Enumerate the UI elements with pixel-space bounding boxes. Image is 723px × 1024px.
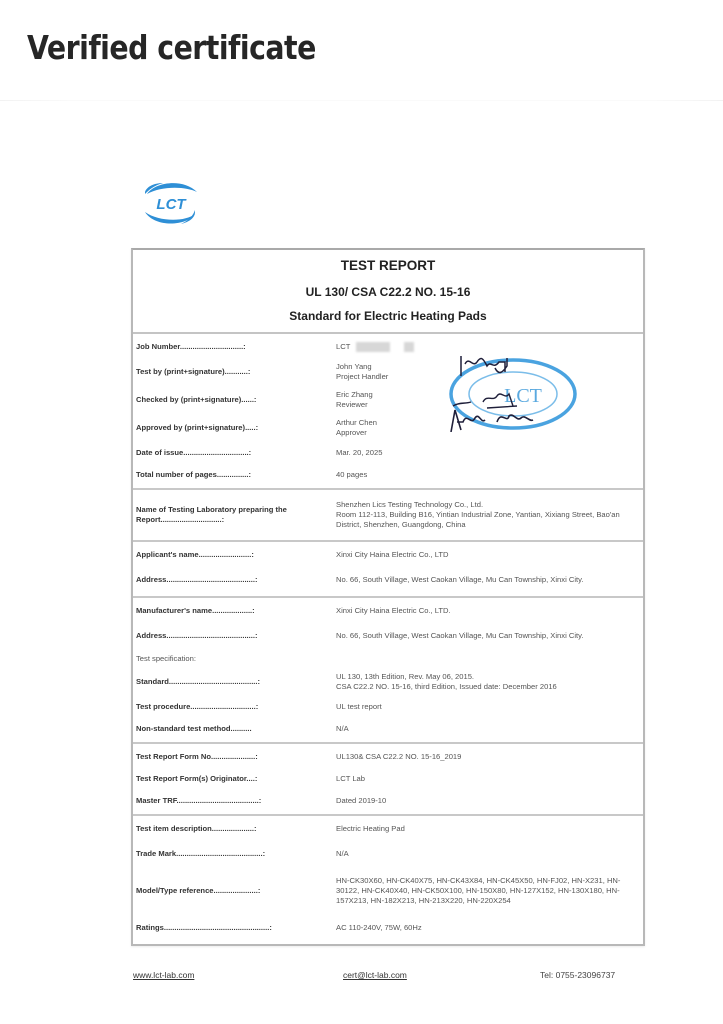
page-title: Verified certificate: [27, 28, 316, 67]
row-label: Address.................................…: [133, 631, 336, 641]
row-value: UL test report: [336, 702, 643, 712]
test-report: TEST REPORT UL 130/ CSA C22.2 NO. 15-16 …: [131, 248, 645, 946]
report-row: Test procedure..........................…: [133, 696, 643, 718]
row-value: No. 66, South Village, West Caokan Villa…: [336, 575, 643, 585]
test-specification-heading: Test specification:: [133, 650, 643, 668]
row-value: Xinxi City Haina Electric Co., LTD.: [336, 606, 643, 616]
row-value: Electric Heating Pad: [336, 824, 643, 834]
report-title: TEST REPORT: [133, 255, 643, 281]
report-row: Master TRF..............................…: [133, 790, 643, 812]
row-label: Approved by (print+signature).....:: [133, 423, 336, 433]
report-section: Job Number..............................…: [133, 334, 643, 490]
report-row: Model/Type reference....................…: [133, 868, 643, 914]
row-value: LCT: [336, 342, 643, 352]
row-label: Date of issue...........................…: [133, 448, 336, 458]
row-label: Total number of pages...............:: [133, 470, 336, 480]
row-value: Arthur Chen Approver: [336, 418, 643, 438]
row-label: Name of Testing Laboratory preparing the…: [133, 505, 336, 525]
row-value: John Yang Project Handler: [336, 362, 643, 382]
report-row: Manufacturer's name...................:X…: [133, 600, 643, 622]
row-value: LCT Lab: [336, 774, 643, 784]
row-value: HN-CK30X60, HN-CK40X75, HN-CK43X84, HN-C…: [336, 876, 643, 906]
redacted-mask: [404, 342, 414, 352]
row-value: Mar. 20, 2025: [336, 448, 643, 458]
row-label: Master TRF..............................…: [133, 796, 336, 806]
svg-text:LCT: LCT: [156, 196, 187, 213]
lct-logo-icon: LCT: [141, 180, 201, 226]
row-label: Applicant's name........................…: [133, 550, 336, 560]
row-label: Test by (print+signature)...........:: [133, 367, 336, 377]
report-standard: UL 130/ CSA C22.2 NO. 15-16: [133, 281, 643, 307]
report-row: Date of issue...........................…: [133, 442, 643, 464]
row-label: Ratings.................................…: [133, 923, 336, 933]
row-label: Test Report Form No.....................…: [133, 752, 336, 762]
report-row: Approved by (print+signature).....:Arthu…: [133, 414, 643, 442]
report-row: Test Report Form No.....................…: [133, 746, 643, 768]
report-subtitle: Standard for Electric Heating Pads: [133, 307, 643, 329]
row-value: No. 66, South Village, West Caokan Villa…: [336, 631, 643, 641]
email-link[interactable]: cert@lct-lab.com: [343, 970, 407, 980]
row-value: N/A: [336, 849, 643, 859]
report-row: Applicant's name........................…: [133, 544, 643, 566]
row-value: Xinxi City Haina Electric Co., LTD: [336, 550, 643, 560]
row-label: Manufacturer's name...................:: [133, 606, 336, 616]
row-label: Model/Type reference....................…: [133, 886, 336, 896]
row-value: 40 pages: [336, 470, 643, 480]
row-value: UL130& CSA C22.2 NO. 15-16_2019: [336, 752, 643, 762]
report-section: Test item description...................…: [133, 816, 643, 944]
row-value: N/A: [336, 724, 643, 734]
report-section: Test Report Form No.....................…: [133, 744, 643, 816]
telephone-text: Tel: 0755-23096737: [540, 970, 615, 980]
report-section: Manufacturer's name...................:X…: [133, 598, 643, 744]
report-row: Trade Mark..............................…: [133, 840, 643, 868]
report-section: Name of Testing Laboratory preparing the…: [133, 490, 643, 542]
report-row: Test Report Form(s) Originator....:LCT L…: [133, 768, 643, 790]
row-label: Trade Mark..............................…: [133, 849, 336, 859]
row-value: AC 110-240V, 75W, 60Hz: [336, 923, 643, 933]
row-label: Job Number..............................…: [133, 342, 336, 352]
redacted-mask: [356, 342, 390, 352]
row-label: Address.................................…: [133, 575, 336, 585]
row-value: Eric Zhang Reviewer: [336, 390, 643, 410]
report-sections: Job Number..............................…: [133, 334, 643, 944]
report-row: Ratings.................................…: [133, 914, 643, 942]
report-row: Test by (print+signature)...........:Joh…: [133, 358, 643, 386]
row-label: Checked by (print+signature)......:: [133, 395, 336, 405]
report-section: Applicant's name........................…: [133, 542, 643, 598]
report-row: Checked by (print+signature)......:Eric …: [133, 386, 643, 414]
row-label: Non-standard test method..........: [133, 724, 336, 734]
row-value: Dated 2019-10: [336, 796, 643, 806]
report-header: TEST REPORT UL 130/ CSA C22.2 NO. 15-16 …: [133, 250, 643, 334]
row-label: Test Report Form(s) Originator....:: [133, 774, 336, 784]
report-row: Name of Testing Laboratory preparing the…: [133, 492, 643, 538]
certificate-footer: www.lct-lab.com cert@lct-lab.com Tel: 07…: [0, 970, 723, 986]
website-link[interactable]: www.lct-lab.com: [133, 970, 194, 980]
row-label: Standard................................…: [133, 677, 336, 687]
report-row: Address.................................…: [133, 566, 643, 594]
report-row: Job Number..............................…: [133, 336, 643, 358]
report-row: Address.................................…: [133, 622, 643, 650]
report-row: Total number of pages...............:40 …: [133, 464, 643, 486]
row-value: UL 130, 13th Edition, Rev. May 06, 2015.…: [336, 672, 643, 692]
report-row: Standard................................…: [133, 668, 643, 696]
report-row: Non-standard test method..........N/A: [133, 718, 643, 740]
row-label: Test item description...................…: [133, 824, 336, 834]
row-value: Shenzhen Lics Testing Technology Co., Lt…: [336, 500, 643, 530]
row-label: Test procedure..........................…: [133, 702, 336, 712]
report-row: Test item description...................…: [133, 818, 643, 840]
